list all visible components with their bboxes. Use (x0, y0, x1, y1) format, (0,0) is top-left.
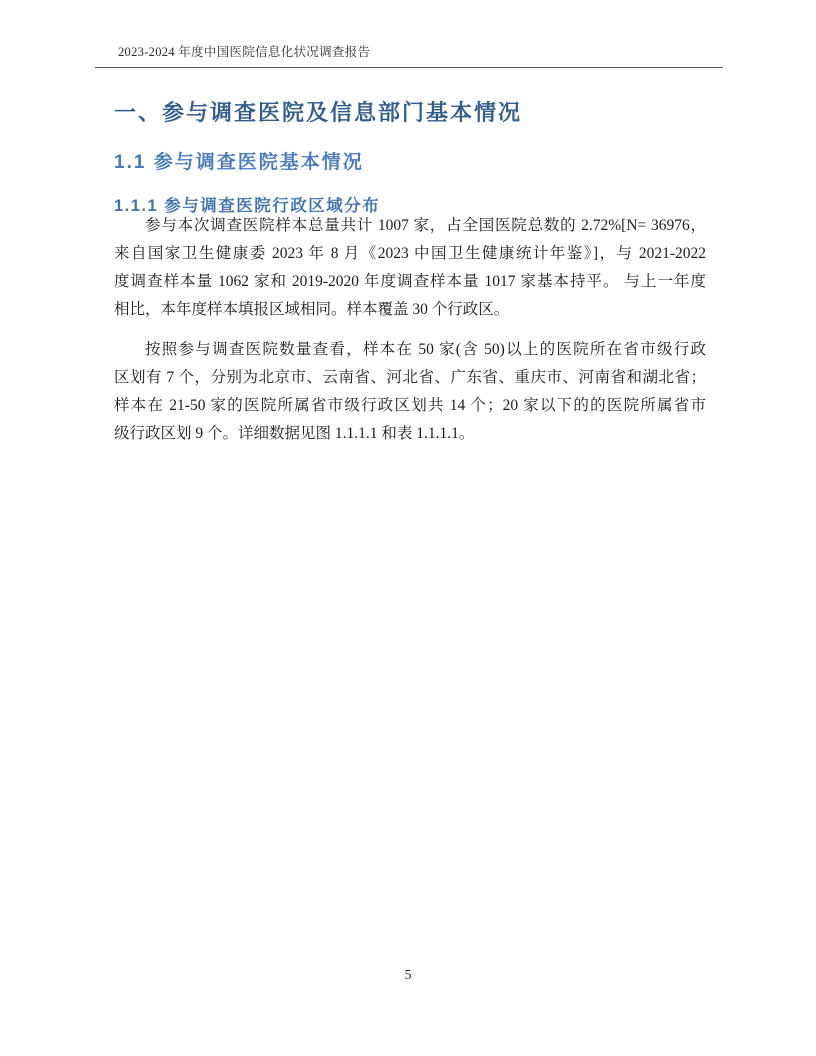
page-header: 2023-2024 年度中国医院信息化状况调查报告 (95, 42, 723, 68)
page-number: 5 (405, 968, 412, 983)
text-line: 参与本次调查医院样本总量共计 1007 家，占全国医院总数的 2.72%[N= … (114, 212, 706, 240)
text-line: 相比，本年度样本填报区域相同。样本覆盖 30 个行政区。 (114, 296, 706, 324)
paragraph-1: 参与本次调查医院样本总量共计 1007 家，占全国医院总数的 2.72%[N= … (114, 212, 706, 324)
header-title: 2023-2024 年度中国医院信息化状况调查报告 (95, 42, 723, 60)
text-line: 级行政区划 9 个。详细数据见图 1.1.1.1 和表 1.1.1.1。 (114, 420, 706, 448)
document-page: 2023-2024 年度中国医院信息化状况调查报告 一、参与调查医院及信息部门基… (0, 0, 816, 1056)
section-heading-1: 一、参与调查医院及信息部门基本情况 (114, 96, 522, 127)
text-line: 区划有 7 个，分别为北京市、云南省、河北省、广东省、重庆市、河南省和湖北省； (114, 364, 706, 392)
section-heading-1-1: 1.1 参与调查医院基本情况 (114, 147, 364, 174)
page-footer: 5 (0, 966, 816, 984)
paragraph-2: 按照参与调查医院数量查看，样本在 50 家(含 50)以上的医院所在省市级行政 … (114, 336, 706, 448)
text-line: 度调查样本量 1062 家和 2019-2020 年度调查样本量 1017 家基… (114, 268, 706, 296)
text-line: 来自国家卫生健康委 2023 年 8 月《2023 中国卫生健康统计年鉴》]，与… (114, 240, 706, 268)
text-line: 样本在 21-50 家的医院所属省市级行政区划共 14 个；20 家以下的的医院… (114, 392, 706, 420)
text-line: 按照参与调查医院数量查看，样本在 50 家(含 50)以上的医院所在省市级行政 (114, 336, 706, 364)
